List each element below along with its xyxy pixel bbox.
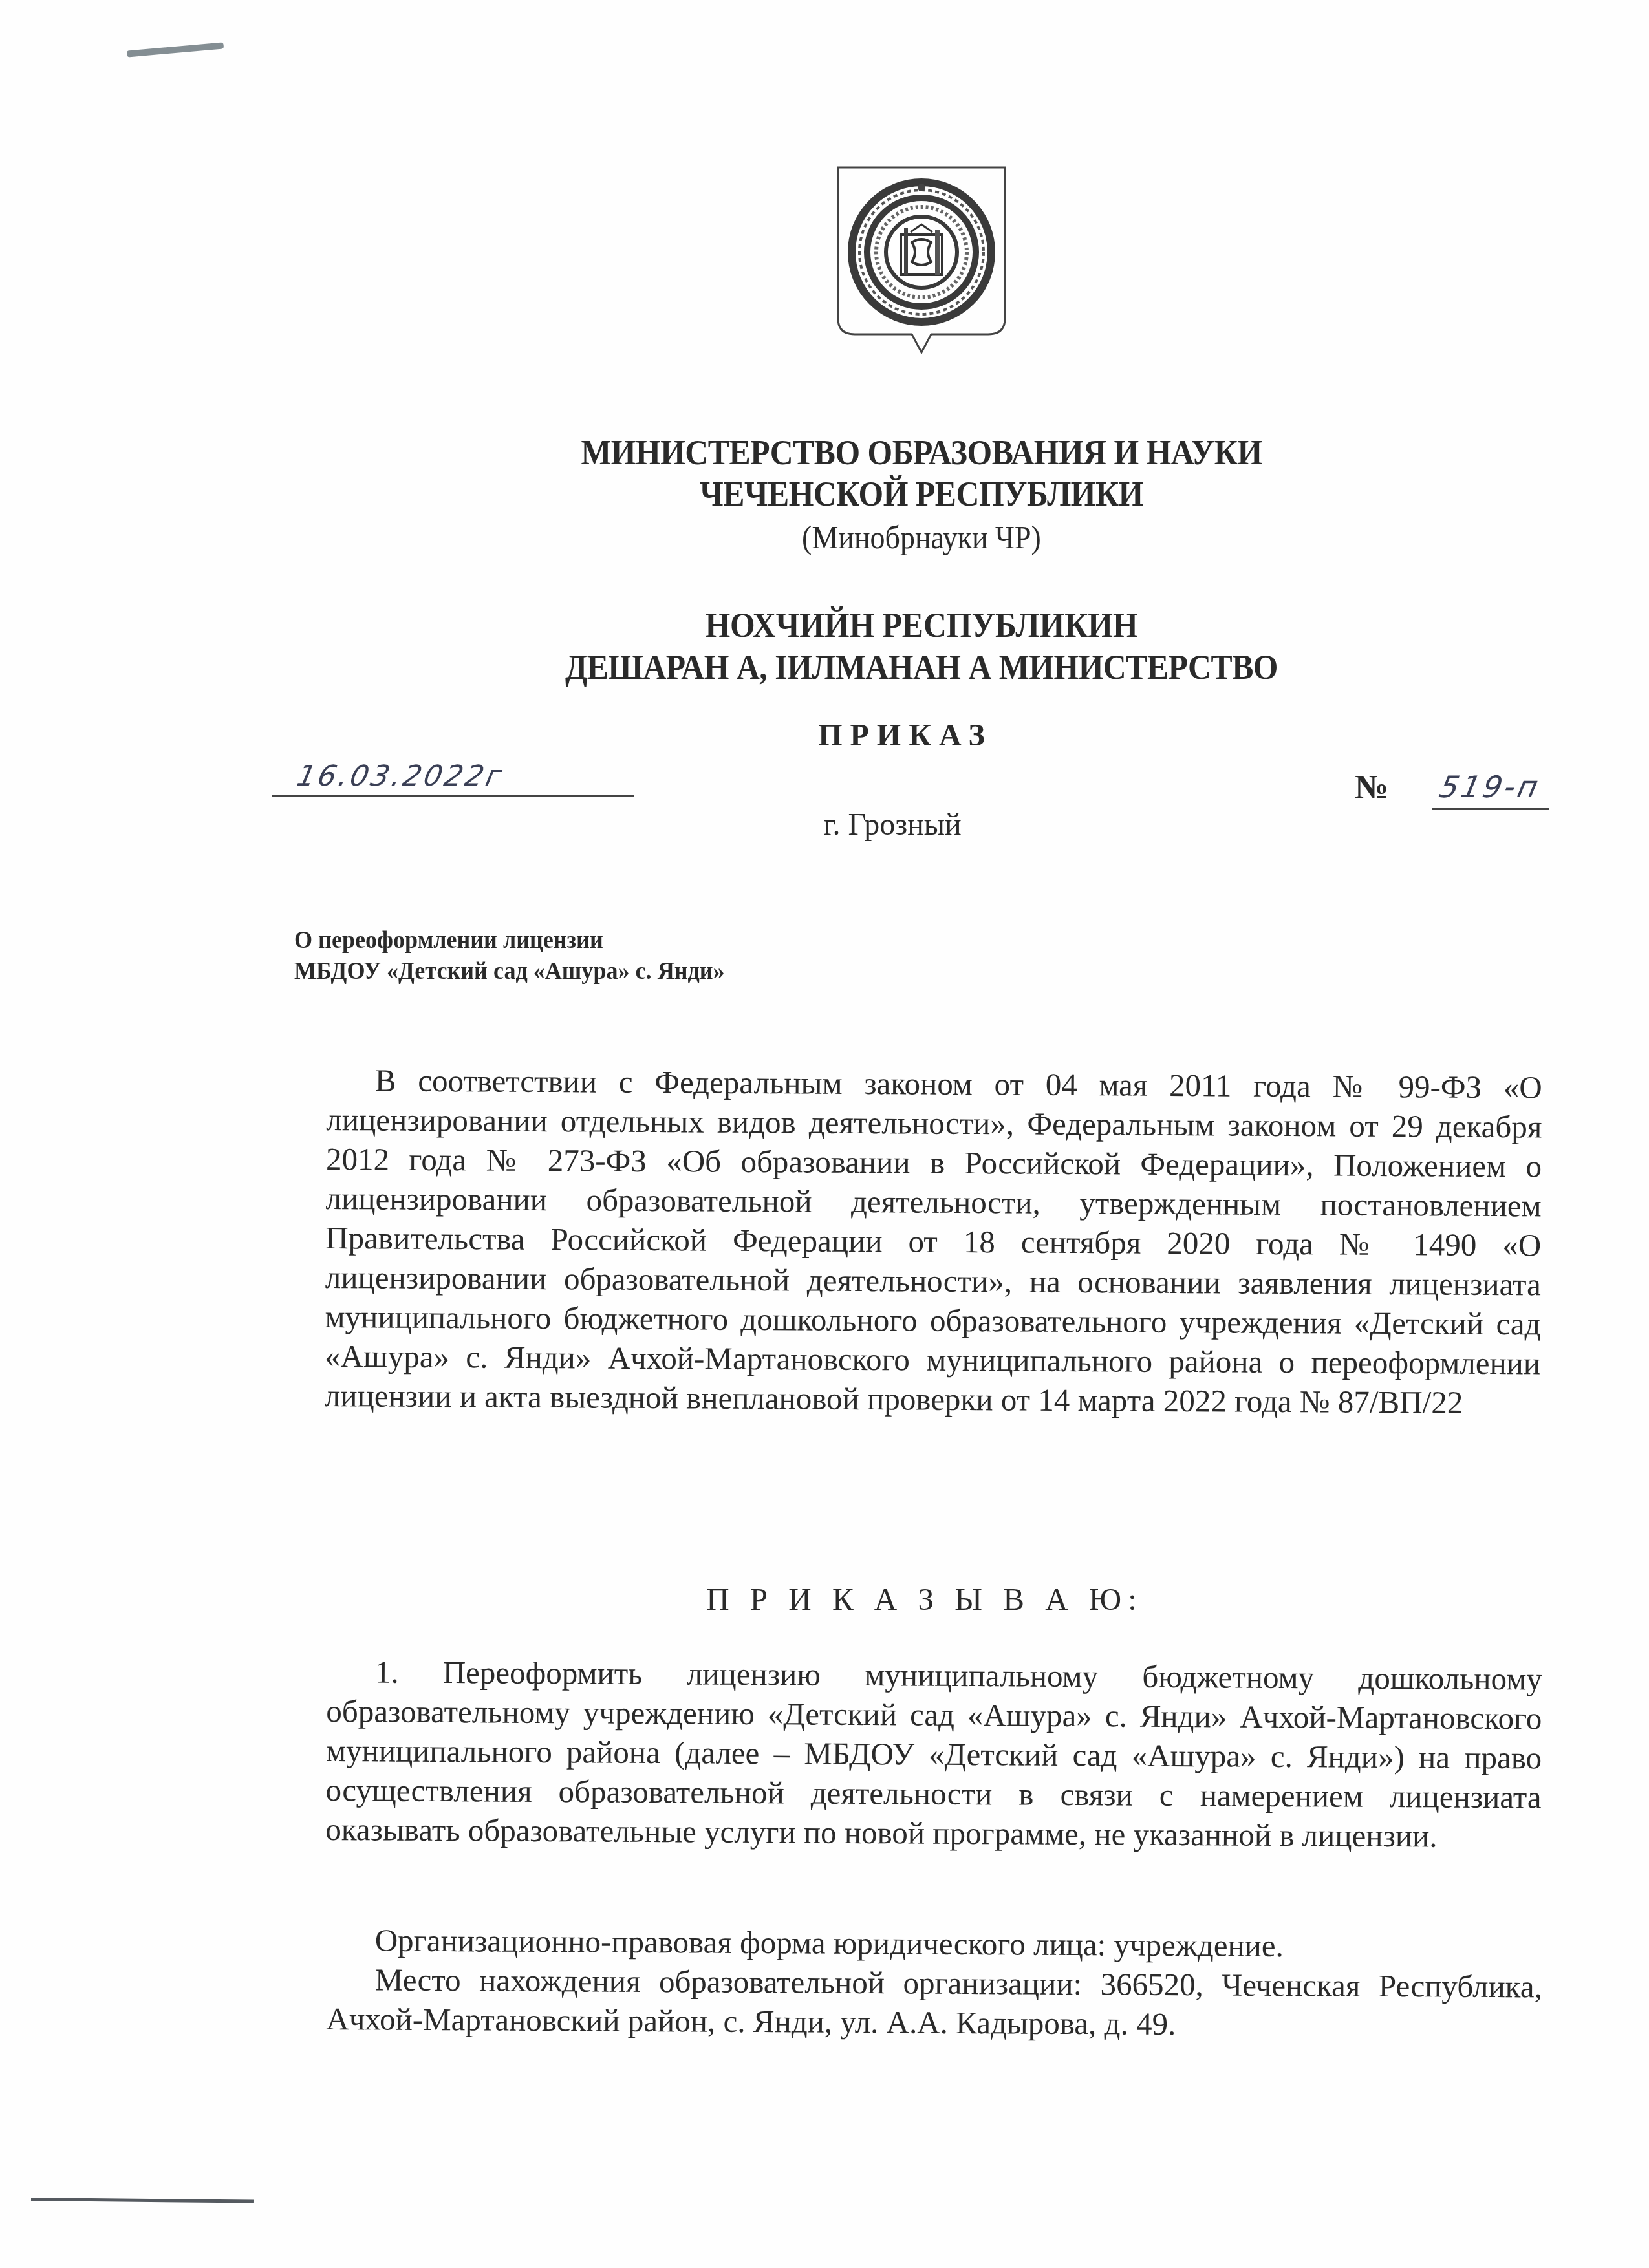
item-number: 1.	[375, 1654, 399, 1689]
order-verb-heading: П Р И К А З Ы В А Ю:	[666, 1581, 1183, 1618]
org-legal-form-text: Организационно-правовая форма юридическо…	[375, 1922, 1284, 1963]
subject-line-2: МБДОУ «Детский сад «Ашура» с. Янди»	[294, 956, 909, 987]
ministry-name-ru-line1: МИНИСТЕРСТВО ОБРАЗОВАНИЯ И НАУКИ	[490, 432, 1353, 473]
number-sign: №	[1355, 768, 1388, 806]
organization-location-paragraph: Место нахождения образовательной организ…	[326, 1960, 1542, 2046]
document-page: МИНИСТЕРСТВО ОБРАЗОВАНИЯ И НАУКИ ЧЕЧЕНСК…	[0, 0, 1649, 2268]
order-number-block: № 519-п	[1355, 763, 1555, 808]
order-number-field: 519-п	[1432, 763, 1549, 810]
ministry-abbreviation: (Минобрнауки ЧР)	[490, 516, 1353, 559]
org-legal-form-paragraph: Организационно-правовая форма юридическо…	[327, 1920, 1542, 1967]
letterhead: МИНИСТЕРСТВО ОБРАЗОВАНИЯ И НАУКИ ЧЕЧЕНСК…	[453, 432, 1390, 688]
scan-artifact-line	[31, 2198, 254, 2203]
preamble-text: В соответствии с Федеральным законом от …	[325, 1062, 1542, 1420]
ministry-name-ru-line2: ЧЕЧЕНСКОЙ РЕСПУБЛИКИ	[490, 473, 1353, 515]
preamble-paragraph: В соответствии с Федеральным законом от …	[325, 1060, 1542, 1422]
organization-location-text: Место нахождения образовательной организ…	[326, 1962, 1542, 2042]
order-number-handwritten: 519-п	[1436, 769, 1544, 804]
subject-line-1: О переоформлении лицензии	[294, 925, 909, 956]
order-date-field: 16.03.2022г	[272, 763, 634, 797]
issue-city: г. Грозный	[763, 807, 1022, 842]
item-text: Переоформить лицензию муниципальному бюд…	[325, 1654, 1542, 1854]
document-type-title: ПРИКАЗ	[744, 718, 1067, 753]
order-subject: О переоформлении лицензии МБДОУ «Детский…	[294, 925, 909, 987]
order-item-1: 1. Переоформить лицензию муниципальному …	[325, 1652, 1542, 1856]
ministry-name-ce-line1: НОХЧИЙН РЕСПУБЛИКИН	[490, 604, 1353, 647]
ministry-name-ce-line2: ДЕШАРАН А, ІИЛМАНАН А МИНИСТЕРСТВО	[490, 647, 1353, 688]
coat-of-arms-icon	[834, 165, 1009, 356]
scan-artifact-mark	[127, 42, 224, 57]
order-date-handwritten: 16.03.2022г	[294, 760, 508, 793]
